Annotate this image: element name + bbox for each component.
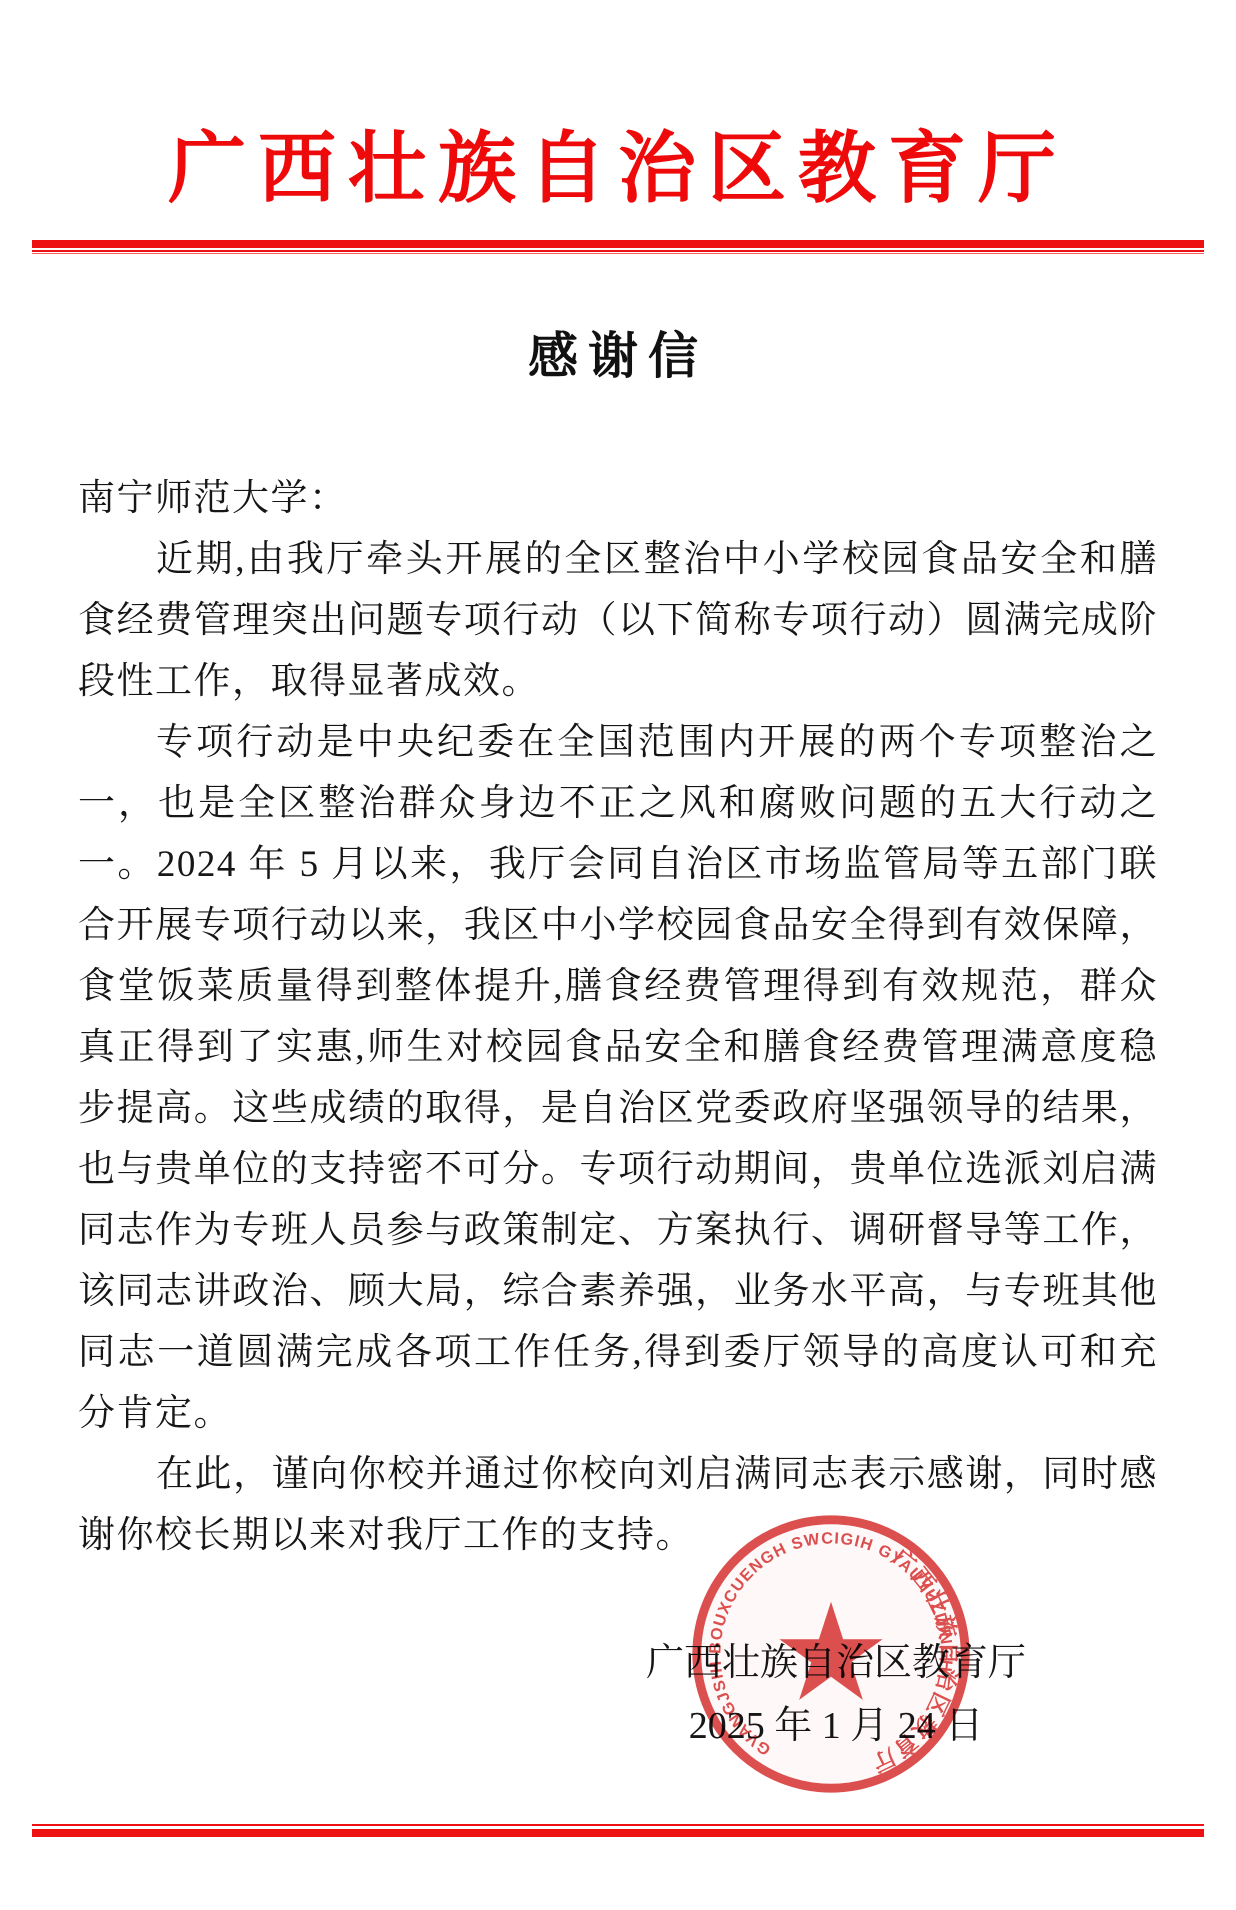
rule-thick-bar — [32, 1829, 1204, 1837]
rule-thick-bar — [32, 240, 1204, 248]
closing-block: 广西壮族自治区教育厅 2025 年 1 月 24 日 — [0, 1632, 1236, 1758]
letterhead-rule — [32, 240, 1204, 254]
letter-body: 南宁师范大学： 近期,由我厅牵头开展的全区整治中小学校园食品安全和膳食经费管理突… — [78, 468, 1158, 1566]
doc-title: 感谢信 — [0, 328, 1236, 384]
letterhead-title: 广西壮族自治区教育厅 — [0, 0, 1236, 214]
official-seal: GVANGJSIH BOUXCUENGH SWCIGIH GYAUYUZDING… — [683, 1506, 979, 1802]
letter-page: 广西壮族自治区教育厅 感谢信 南宁师范大学： 近期,由我厅牵头开展的全区整治中小… — [0, 0, 1236, 1910]
body-paragraph: 在此，谨向你校并通过你校向刘启满同志表示感谢，同时感谢你校长期以来对我厅工作的支… — [78, 1444, 1158, 1566]
body-paragraph: 近期,由我厅牵头开展的全区整治中小学校园食品安全和膳食经费管理突出问题专项行动（… — [78, 529, 1158, 712]
body-paragraph: 专项行动是中央纪委在全国范围内开展的两个专项整治之一，也是全区整治群众身边不正之… — [78, 712, 1158, 1444]
rule-hairline — [32, 253, 1204, 254]
body-paragraphs: 近期,由我厅牵头开展的全区整治中小学校园食品安全和膳食经费管理突出问题专项行动（… — [78, 529, 1158, 1566]
salutation: 南宁师范大学： — [78, 468, 1158, 529]
footer-rule — [32, 1824, 1204, 1837]
